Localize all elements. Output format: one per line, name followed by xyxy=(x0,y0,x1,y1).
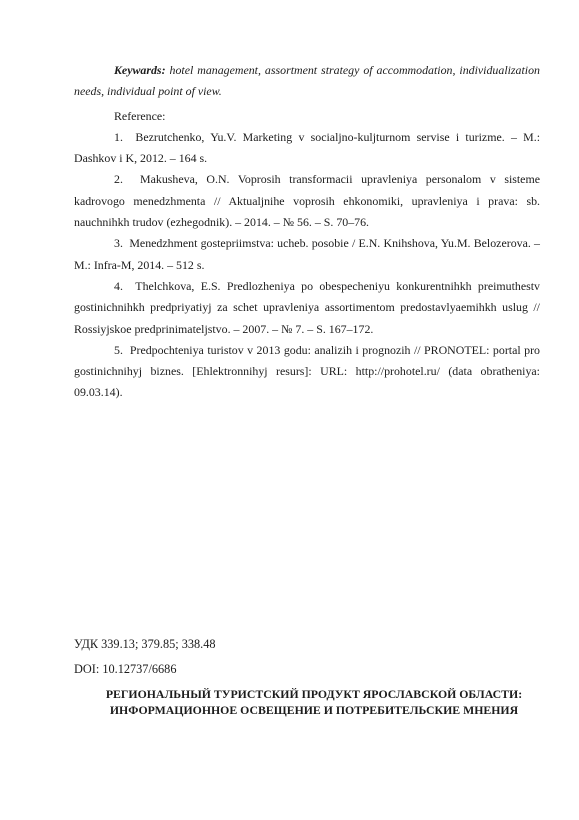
reference-item: 1. Bezrutchenko, Yu.V. Marketing v socia… xyxy=(74,127,540,170)
page-content: Keywards: hotel management, assortment s… xyxy=(74,60,540,404)
reference-heading: Reference: xyxy=(74,106,540,127)
udc-line: УДК 339.13; 379.85; 338.48 xyxy=(74,634,540,655)
article-title: РЕГИОНАЛЬНЫЙ ТУРИСТСКИЙ ПРОДУКТ ЯРОСЛАВС… xyxy=(74,686,540,719)
document-page: Keywards: hotel management, assortment s… xyxy=(0,0,579,820)
reference-item: 4. Thelchkova, E.S. Predlozheniya po obe… xyxy=(74,276,540,340)
reference-item: 2. Makusheva, O.N. Voprosih transformaci… xyxy=(74,169,540,233)
reference-item: 5. Predpochteniya turistov v 2013 godu: … xyxy=(74,340,540,404)
doi-line: DOI: 10.12737/6686 xyxy=(74,659,540,680)
keywords-paragraph: Keywards: hotel management, assortment s… xyxy=(74,60,540,103)
keywords-label: Keywards: xyxy=(114,63,166,77)
next-article-header: УДК 339.13; 379.85; 338.48 DOI: 10.12737… xyxy=(74,634,540,718)
reference-list: 1. Bezrutchenko, Yu.V. Marketing v socia… xyxy=(74,127,540,404)
reference-item: 3. Menedzhment gostepriimstva: ucheb. po… xyxy=(74,233,540,276)
